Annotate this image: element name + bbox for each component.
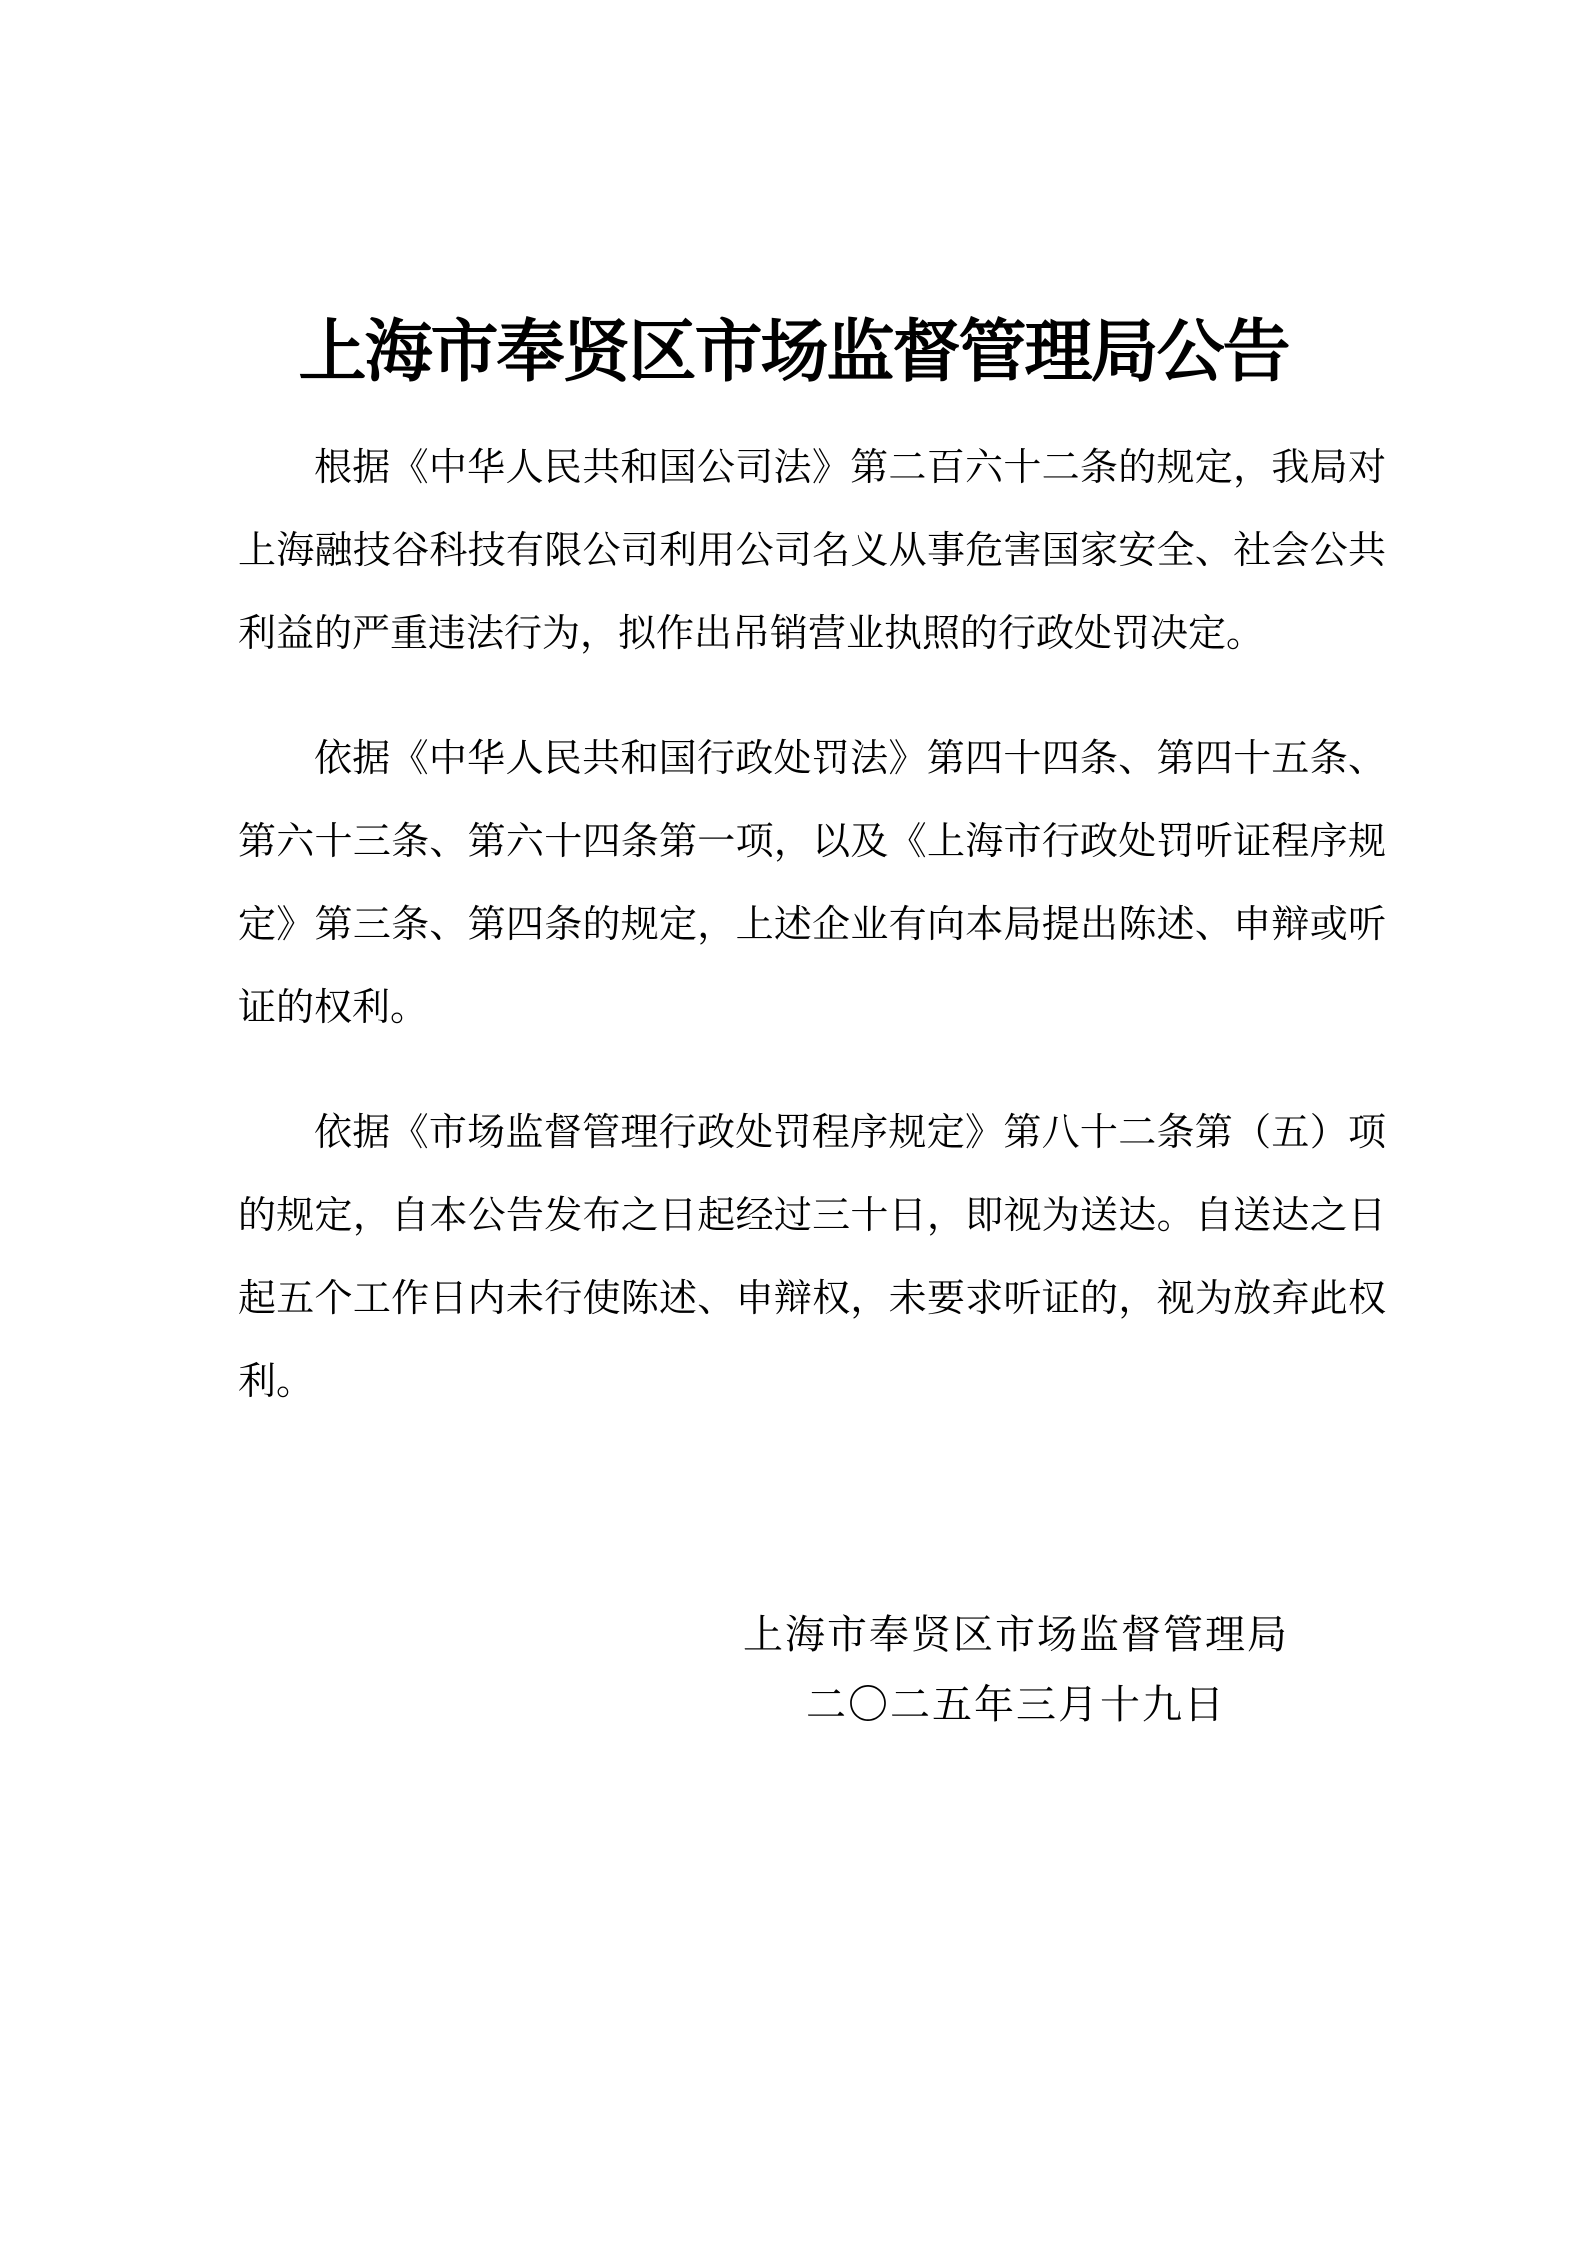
issue-date: 二〇二五年三月十九日 [716, 1670, 1316, 1740]
paragraph-hearing-rights: 依据《中华人民共和国行政处罚法》第四十四条、第四十五条、第六十三条、第六十四条第… [238, 718, 1386, 1050]
signature-block: 上海市奉贤区市场监督管理局 二〇二五年三月十九日 [716, 1600, 1316, 1740]
page-title: 上海市奉贤区市场监督管理局公告 [0, 0, 1587, 392]
paragraph-service-of-notice: 依据《市场监督管理行政处罚程序规定》第八十二条第（五）项的规定，自本公告发布之日… [238, 1092, 1386, 1424]
paragraph-legal-basis: 根据《中华人民共和国公司法》第二百六十二条的规定，我局对上海融技谷科技有限公司利… [238, 427, 1386, 676]
announcement-page: 上海市奉贤区市场监督管理局公告 根据《中华人民共和国公司法》第二百六十二条的规定… [0, 0, 1587, 2245]
issuer-name: 上海市奉贤区市场监督管理局 [716, 1600, 1316, 1670]
